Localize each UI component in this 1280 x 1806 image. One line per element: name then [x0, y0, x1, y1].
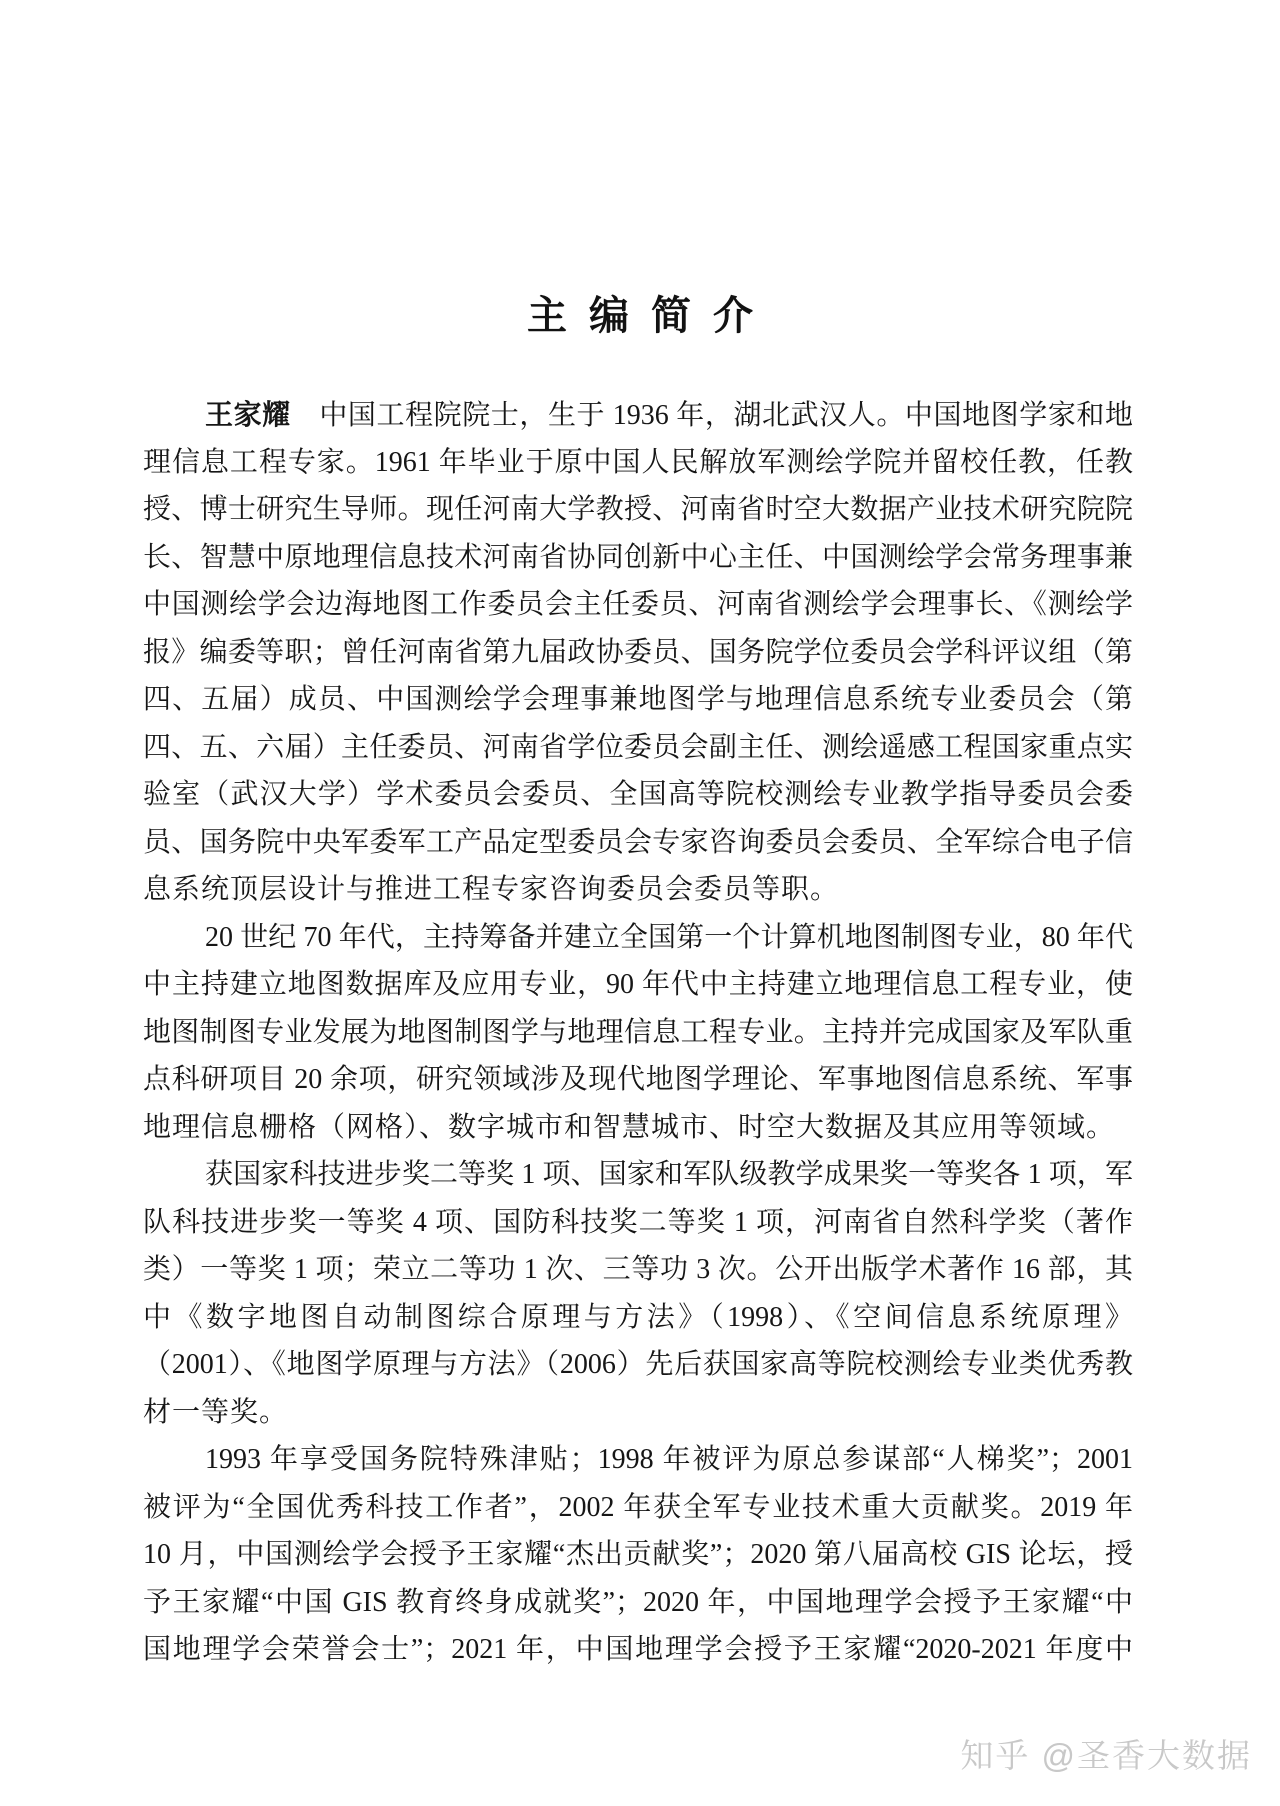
- line-text: 队科技进步奖一等奖 4 项、国防科技奖二等奖 1 项，河南省自然科学奖（著作: [143, 1207, 1133, 1238]
- line-text: 理信息工程专家。1961 年毕业于原中国人民解放军测绘学院并留校任教，任教: [143, 447, 1133, 478]
- line-text: 材一等奖。: [143, 1397, 288, 1428]
- document-body: 王家耀 中国工程院院士，生于 1936 年，湖北武汉人。中国地图学家和地理信息工…: [143, 391, 1133, 1674]
- document-line: 长、智慧中原地理信息技术河南省协同创新中心主任、中国测绘学会常务理事兼: [143, 534, 1133, 582]
- document-line: 四、五届）成员、中国测绘学会理事兼地图学与地理信息系统专业委员会（第: [143, 676, 1133, 724]
- line-text: 地理信息栅格（网格）、数字城市和智慧城市、时空大数据及其应用等领域。: [143, 1112, 1115, 1143]
- line-text: 予王家耀“中国 GIS 教育终身成就奖”；2020 年，中国地理学会授予王家耀“…: [143, 1587, 1133, 1618]
- line-text: 授、博士研究生导师。现任河南大学教授、河南省时空大数据产业技术研究院院: [143, 494, 1133, 525]
- line-text: 中主持建立地图数据库及应用专业，90 年代中主持建立地理信息工程专业，使: [143, 969, 1133, 1000]
- document-line: 10 月，中国测绘学会授予王家耀“杰出贡献奖”；2020 第八届高校 GIS 论…: [143, 1531, 1133, 1579]
- line-text: 中《数字地图自动制图综合原理与方法》（1998）、《空间信息系统原理》: [143, 1302, 1133, 1333]
- editor-name: 王家耀: [205, 399, 291, 430]
- line-text: 报》编委等职；曾任河南省第九届政协委员、国务院学位委员会学科评议组（第: [143, 637, 1133, 668]
- document-line: 国地理学会荣誉会士”；2021 年，中国地理学会授予王家耀“2020-2021 …: [143, 1626, 1133, 1674]
- line-text: 国地理学会荣誉会士”；2021 年，中国地理学会授予王家耀“2020-2021 …: [143, 1634, 1133, 1665]
- document-line: 点科研项目 20 余项，研究领域涉及现代地图学理论、军事地图信息系统、军事: [143, 1056, 1133, 1104]
- line-text: 息系统顶层设计与推进工程专家咨询委员会委员等职。: [143, 874, 839, 905]
- line-text: 类）一等奖 1 项；荣立二等功 1 次、三等功 3 次。公开出版学术著作 16 …: [143, 1254, 1133, 1285]
- line-text: 中国工程院院士，生于 1936 年，湖北武汉人。中国地图学家和地: [291, 400, 1133, 431]
- document-line: 被评为“全国优秀科技工作者”，2002 年获全军专业技术重大贡献奖。2019 年: [143, 1484, 1133, 1532]
- document-line: 1993 年享受国务院特殊津贴；1998 年被评为原总参谋部“人梯奖”；2001: [143, 1436, 1133, 1484]
- document-line: 类）一等奖 1 项；荣立二等功 1 次、三等功 3 次。公开出版学术著作 16 …: [143, 1246, 1133, 1294]
- line-text: 长、智慧中原地理信息技术河南省协同创新中心主任、中国测绘学会常务理事兼: [143, 542, 1133, 573]
- document-line: 验室（武汉大学）学术委员会委员、全国高等院校测绘专业教学指导委员会委: [143, 771, 1133, 819]
- document-line: 中主持建立地图数据库及应用专业，90 年代中主持建立地理信息工程专业，使: [143, 961, 1133, 1009]
- line-text: 获国家科技进步奖二等奖 1 项、国家和军队级教学成果奖一等奖各 1 项，军: [205, 1159, 1133, 1190]
- document-line: 王家耀 中国工程院院士，生于 1936 年，湖北武汉人。中国地图学家和地: [143, 391, 1133, 439]
- document-line: 予王家耀“中国 GIS 教育终身成就奖”；2020 年，中国地理学会授予王家耀“…: [143, 1579, 1133, 1627]
- line-text: 员、国务院中央军委军工产品定型委员会专家咨询委员会委员、全军综合电子信: [143, 827, 1133, 858]
- line-text: 点科研项目 20 余项，研究领域涉及现代地图学理论、军事地图信息系统、军事: [143, 1064, 1133, 1095]
- document-line: 20 世纪 70 年代，主持筹备并建立全国第一个计算机地图制图专业，80 年代: [143, 914, 1133, 962]
- document-line: 材一等奖。: [143, 1389, 1133, 1437]
- document-line: 员、国务院中央军委军工产品定型委员会专家咨询委员会委员、全军综合电子信: [143, 819, 1133, 867]
- document-line: 息系统顶层设计与推进工程专家咨询委员会委员等职。: [143, 866, 1133, 914]
- document-line: 报》编委等职；曾任河南省第九届政协委员、国务院学位委员会学科评议组（第: [143, 629, 1133, 677]
- document-line: （2001）、《地图学原理与方法》（2006）先后获国家高等院校测绘专业类优秀教: [143, 1341, 1133, 1389]
- document-line: 队科技进步奖一等奖 4 项、国防科技奖二等奖 1 项，河南省自然科学奖（著作: [143, 1199, 1133, 1247]
- document-line: 理信息工程专家。1961 年毕业于原中国人民解放军测绘学院并留校任教，任教: [143, 439, 1133, 487]
- watermark: 知乎 @圣香大数据: [960, 1736, 1252, 1776]
- document-line: 授、博士研究生导师。现任河南大学教授、河南省时空大数据产业技术研究院院: [143, 486, 1133, 534]
- line-text: 20 世纪 70 年代，主持筹备并建立全国第一个计算机地图制图专业，80 年代: [205, 922, 1133, 953]
- document-line: 四、五、六届）主任委员、河南省学位委员会副主任、测绘遥感工程国家重点实: [143, 724, 1133, 772]
- page: 主编简介 王家耀 中国工程院院士，生于 1936 年，湖北武汉人。中国地图学家和…: [0, 0, 1280, 1806]
- document-line: 地理信息栅格（网格）、数字城市和智慧城市、时空大数据及其应用等领域。: [143, 1104, 1133, 1152]
- line-text: 四、五、六届）主任委员、河南省学位委员会副主任、测绘遥感工程国家重点实: [143, 732, 1133, 763]
- line-text: 四、五届）成员、中国测绘学会理事兼地图学与地理信息系统专业委员会（第: [143, 684, 1133, 715]
- line-text: 被评为“全国优秀科技工作者”，2002 年获全军专业技术重大贡献奖。2019 年: [143, 1492, 1133, 1523]
- line-text: 验室（武汉大学）学术委员会委员、全国高等院校测绘专业教学指导委员会委: [143, 779, 1133, 810]
- page-title: 主编简介: [0, 293, 1280, 339]
- line-text: 地图制图专业发展为地图制图学与地理信息工程专业。主持并完成国家及军队重: [143, 1017, 1133, 1048]
- line-text: （2001）、《地图学原理与方法》（2006）先后获国家高等院校测绘专业类优秀教: [143, 1349, 1133, 1380]
- line-text: 10 月，中国测绘学会授予王家耀“杰出贡献奖”；2020 第八届高校 GIS 论…: [143, 1539, 1133, 1570]
- document-line: 地图制图专业发展为地图制图学与地理信息工程专业。主持并完成国家及军队重: [143, 1009, 1133, 1057]
- document-line: 中国测绘学会边海地图工作委员会主任委员、河南省测绘学会理事长、《测绘学: [143, 581, 1133, 629]
- line-text: 中国测绘学会边海地图工作委员会主任委员、河南省测绘学会理事长、《测绘学: [143, 589, 1133, 620]
- document-line: 获国家科技进步奖二等奖 1 项、国家和军队级教学成果奖一等奖各 1 项，军: [143, 1151, 1133, 1199]
- document-line: 中《数字地图自动制图综合原理与方法》（1998）、《空间信息系统原理》: [143, 1294, 1133, 1342]
- line-text: 1993 年享受国务院特殊津贴；1998 年被评为原总参谋部“人梯奖”；2001: [205, 1444, 1133, 1475]
